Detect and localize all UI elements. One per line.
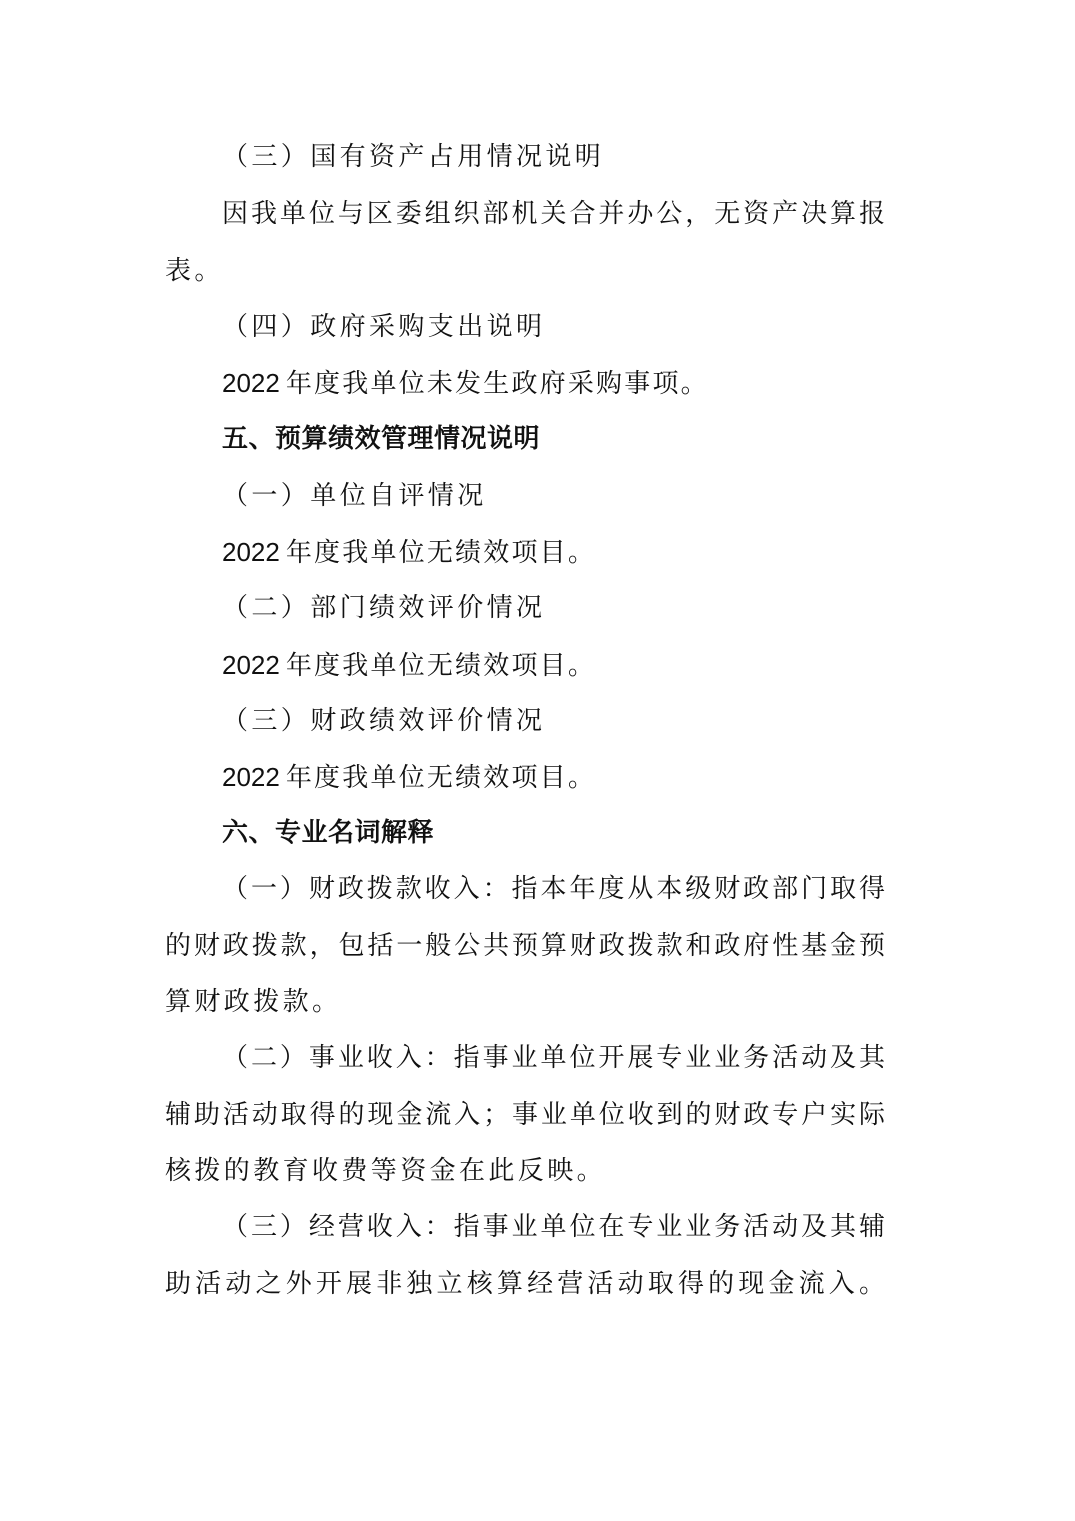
paragraph-dept-eval: 2022年度我单位无绩效项目。	[222, 648, 596, 683]
paragraph-text: 年度我单位无绩效项目。	[286, 763, 596, 793]
paragraph-text: 年度我单位无绩效项目。	[286, 651, 596, 681]
paragraph-text: 年度我单位无绩效项目。	[286, 538, 596, 568]
chapter-heading-glossary: 六、专业名词解释	[222, 816, 434, 850]
year-value: 2022	[222, 368, 280, 398]
subsection-heading-assets: （三）国有资产占用情况说明	[222, 140, 604, 174]
chapter-heading-performance: 五、预算绩效管理情况说明	[222, 422, 540, 456]
subsection-heading-dept-eval: （二）部门绩效评价情况	[222, 591, 545, 625]
glossary-term-2-line-1: （二）事业收入：指事业单位开展专业业务活动及其	[222, 1041, 885, 1075]
glossary-term-2-line-2: 辅助活动取得的现金流入；事业单位收到的财政专户实际	[165, 1098, 885, 1132]
subsection-heading-self-eval: （一）单位自评情况	[222, 479, 487, 513]
subsection-heading-procurement: （四）政府采购支出说明	[222, 310, 545, 344]
glossary-term-1-line-1: （一）财政拨款收入：指本年度从本级财政部门取得	[222, 872, 885, 906]
paragraph-self-eval: 2022年度我单位无绩效项目。	[222, 535, 596, 570]
year-value: 2022	[222, 537, 280, 567]
glossary-term-2-line-3: 核拨的教育收费等资金在此反映。	[165, 1154, 606, 1188]
glossary-term-1-line-2: 的财政拨款，包括一般公共预算财政拨款和政府性基金预	[165, 929, 885, 963]
subsection-heading-fiscal-eval: （三）财政绩效评价情况	[222, 704, 545, 738]
paragraph-text: 年度我单位未发生政府采购事项。	[286, 369, 709, 399]
paragraph-assets-line-1: 因我单位与区委组织部机关合并办公，无资产决算报	[222, 197, 885, 231]
document-page: （三）国有资产占用情况说明 因我单位与区委组织部机关合并办公，无资产决算报 表。…	[0, 0, 1075, 1521]
glossary-term-3-line-2: 助活动之外开展非独立核算经营活动取得的现金流入。	[165, 1267, 885, 1301]
paragraph-procurement: 2022年度我单位未发生政府采购事项。	[222, 366, 709, 401]
year-value: 2022	[222, 650, 280, 680]
paragraph-fiscal-eval: 2022年度我单位无绩效项目。	[222, 760, 596, 795]
glossary-term-1-line-3: 算财政拨款。	[165, 985, 341, 1019]
paragraph-assets-line-2: 表。	[165, 254, 224, 288]
glossary-term-3-line-1: （三）经营收入：指事业单位在专业业务活动及其辅	[222, 1210, 885, 1244]
year-value: 2022	[222, 762, 280, 792]
